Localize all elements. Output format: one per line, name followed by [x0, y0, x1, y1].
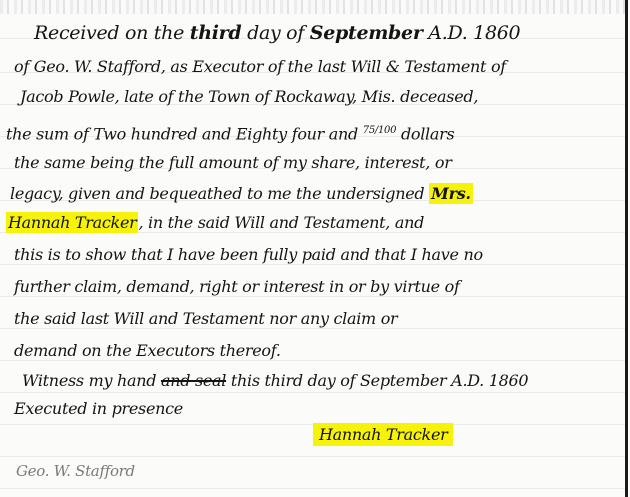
- text-segment: legacy, given and bequeathed to me the u…: [10, 184, 429, 203]
- scan-noise-strip: [0, 0, 630, 14]
- year-text: A.D. 1860: [423, 22, 521, 44]
- scanned-document: Received on the third day of September A…: [0, 0, 630, 497]
- receipt-line-6: legacy, given and bequeathed to me the u…: [10, 183, 473, 205]
- receipt-line-8: this is to show that I have been fully p…: [14, 244, 483, 266]
- text-segment: this third: [226, 371, 303, 390]
- text-segment: , in the said Will and Testament, and: [138, 213, 424, 232]
- receipt-line-4: the sum of Two hundred and Eighty four a…: [6, 120, 454, 145]
- text-segment: day of September A.D. 1860: [303, 371, 529, 390]
- highlighted-signature: Hannah Tracker: [313, 423, 453, 446]
- receipt-line-11: demand on the Executors thereof.: [14, 340, 281, 362]
- text-segment: day of: [241, 22, 309, 44]
- text-segment: Received on the: [34, 22, 190, 44]
- text-segment: Witness my hand: [22, 371, 161, 390]
- receipt-line-12: Witness my hand and seal this third day …: [22, 370, 528, 392]
- highlighted-title: Mrs.: [429, 183, 473, 204]
- day-word: third: [190, 22, 242, 44]
- highlighted-name: Hannah Tracker: [6, 212, 138, 233]
- receipt-line-3: Jacob Powle, late of the Town of Rockawa…: [20, 86, 478, 108]
- witness-signature: Geo. W. Stafford: [16, 460, 135, 482]
- signature: Hannah Tracker: [313, 424, 453, 446]
- receipt-line-13: Executed in presence: [14, 398, 183, 420]
- receipt-line-5: the same being the full amount of my sha…: [14, 152, 452, 174]
- page-edge-line: [625, 0, 628, 497]
- text-segment: the sum of Two hundred and Eighty four a…: [6, 124, 363, 143]
- receipt-line-10: the said last Will and Testament nor any…: [14, 308, 397, 330]
- ruled-line: [0, 456, 626, 457]
- ruled-line: [0, 488, 626, 489]
- receipt-line-7: Hannah Tracker, in the said Will and Tes…: [6, 212, 424, 234]
- month-word: September: [310, 22, 423, 44]
- receipt-line-1: Received on the third day of September A…: [34, 22, 520, 44]
- receipt-line-2: of Geo. W. Stafford, as Executor of the …: [14, 56, 506, 78]
- receipt-line-9: further claim, demand, right or interest…: [14, 276, 460, 298]
- struck-text: and seal: [161, 371, 226, 390]
- cents-fraction: 75/100: [363, 125, 396, 136]
- text-segment: dollars: [396, 124, 454, 143]
- ruled-line: [0, 392, 626, 393]
